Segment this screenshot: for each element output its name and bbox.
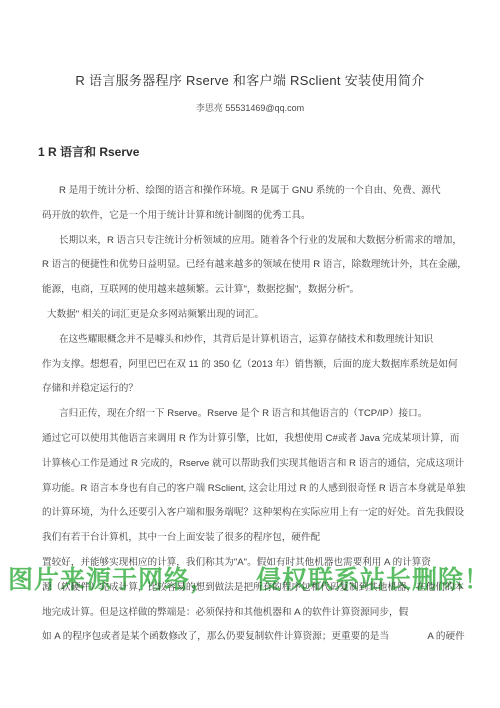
body-line: 存储和并稳定运行的？ bbox=[42, 377, 464, 402]
body-line: 置较好，并能够实现相应的计算，我们称其为"A"。假如有时其他机器也需要利用 A … bbox=[42, 551, 464, 576]
body-line: 计算核心工作是通过 R 完成的，Rserve 就可以帮助我们实现其他语言和 R … bbox=[42, 452, 464, 477]
body-line: 算功能。R 语言本身也有自己的客户端 RSclient, 这会让用过 R 的人感… bbox=[42, 477, 464, 502]
body-line: 言归正传，现在介绍一下 Rserve。Rserve 是个 R 语言和其他语言的（… bbox=[42, 402, 464, 427]
body-line: 在这些耀眼概念并不是噱头和炒作，其背后是计算机语言，运算存储技术和数理统计知识 bbox=[42, 328, 464, 353]
document-page: R 语言服务器程序 Rserve 和客户端 RSclient 安装使用简介 李思… bbox=[0, 0, 500, 708]
section-heading: 1 R 语言和 Rserve bbox=[38, 143, 139, 160]
body-line: 如 A 的程序包或者是某个函数修改了，那么仍要复制软件计算资源；更重要的是当 A… bbox=[42, 625, 464, 650]
body-line: 作为支撑。想想看，阿里巴巴在双 11 的 350 亿（2013 年）销售额，后面… bbox=[42, 353, 464, 378]
page-title: R 语言服务器程序 Rserve 和客户端 RSclient 安装使用简介 bbox=[0, 70, 500, 89]
body-line: 长期以来，R 语言只专注统计分析领域的应用。随着各个行业的发展和大数据分析需求的… bbox=[42, 229, 464, 254]
body-line: R 语言的便捷性和优势日益明显。已经有越来越多的领域在使用 R 语言，除数理统计… bbox=[42, 253, 464, 278]
body-text: R 是用于统计分析、绘图的语言和操作环境。R 是属于 GNU 系统的一个自由、免… bbox=[42, 179, 464, 650]
body-line: 能源，电商，互联网的使用越来越频繁。云计算"，数据挖掘"，数据分析"。 bbox=[42, 278, 464, 303]
author-line: 李思亮 55531469@qq.com bbox=[0, 101, 500, 114]
body-line: 源（软硬件）完成计算，比较容易的想到做法是把所有的程序包和代码复制到其他机器，在… bbox=[42, 576, 464, 601]
body-line: 地完成计算。但是这样做的弊端是：必须保持和其他机器和 A 的软件计算资源同步，假 bbox=[42, 601, 464, 626]
body-line: 大数据" 相关的词汇更是众多网站频繁出现的词汇。 bbox=[42, 303, 464, 328]
body-line: R 是用于统计分析、绘图的语言和操作环境。R 是属于 GNU 系统的一个自由、免… bbox=[42, 179, 464, 204]
body-line: 的计算环境，为什么还要引入客户端和服务端呢？这种架构在实际应用上有一定的好处。首… bbox=[42, 501, 464, 526]
body-line: 我们有若干台计算机，其中一台上面安装了很多的程序包，硬件配 bbox=[42, 526, 464, 551]
body-line: 码开放的软件，它是一个用于统计计算和统计制图的优秀工具。 bbox=[42, 204, 464, 229]
body-line: 通过它可以使用其他语言来调用 R 作为计算引擎，比如，我想使用 C#或者 Jav… bbox=[42, 427, 464, 452]
